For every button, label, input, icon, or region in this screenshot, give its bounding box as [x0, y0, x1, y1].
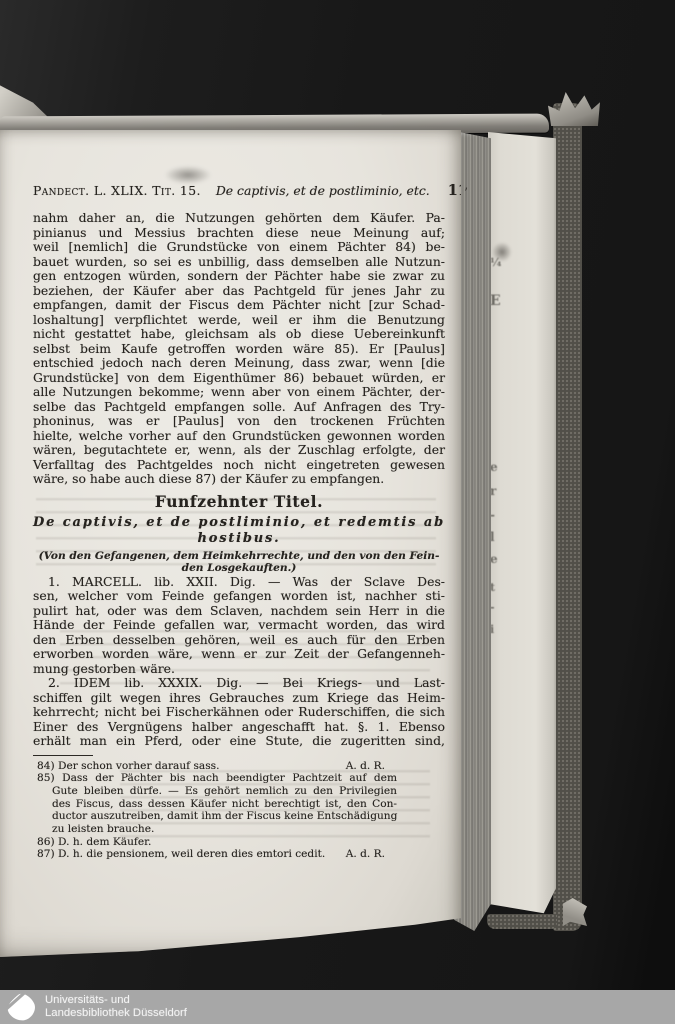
- text-line: nicht gestattet habe, gleichsam als ob d…: [33, 327, 445, 342]
- footnote-separator-rule: [33, 755, 93, 756]
- text-line: bauet wurden, so sei es unbillig, dass d…: [33, 255, 445, 270]
- text-line: hostibus.: [33, 531, 445, 548]
- text-line: nahm daher an, die Nutzungen gehörten de…: [33, 211, 445, 226]
- paragraph-2: 2. IDEM lib. XXXIX. Dig. — Bei Kriegs- u…: [33, 676, 445, 749]
- text-line: erworben worden wäre, wenn er zur Zeit d…: [33, 647, 445, 662]
- printed-text-block: Pandect. L. XLIX. Tit. 15. De captivis, …: [33, 182, 445, 861]
- text-line: empfangen, damit der Fiscus dem Pächter …: [33, 298, 445, 313]
- text-line: 87) D. h. die pensionem, weil deren dies…: [37, 848, 397, 861]
- running-header: Pandect. L. XLIX. Tit. 15. De captivis, …: [33, 182, 445, 199]
- text-line: gen entzogen würden, sondern der Pächter…: [33, 269, 445, 284]
- bleedthrough-glyph: E: [490, 294, 501, 308]
- text-line: selbst beim Kaufe getroffen worden wäre …: [33, 342, 445, 357]
- text-line: loshaltung] verpflichtet werde, weil er …: [33, 313, 445, 328]
- paragraph-continuation: nahm daher an, die Nutzungen gehörten de…: [33, 211, 445, 487]
- text-line: hielte, welche vorher auf den Grundstück…: [33, 429, 445, 444]
- text-line: mung gestorben wäre.: [33, 662, 445, 677]
- text-line: 86) D. h. dem Käufer.: [37, 836, 397, 849]
- library-name: Universitäts- und Landesbibliothek Düsse…: [45, 994, 187, 1021]
- text-line: pulirt hat, oder was dem Sclaven, nachde…: [33, 604, 445, 619]
- bleedthrough-glyph: e: [490, 461, 498, 473]
- text-line: sen, welcher vom Feinde gefangen worden …: [33, 589, 445, 604]
- text-line: weil [nemlich] die Grundstücke von einem…: [33, 240, 445, 255]
- text-line: den Losgekauften.): [33, 562, 445, 575]
- text-line: pinianus und Messius brachten diese neue…: [33, 226, 445, 241]
- section-latin-title: De captivis, et de postliminio, et redem…: [33, 515, 445, 548]
- text-line: 85) Dass der Pächter bis nach beendigter…: [37, 772, 397, 785]
- text-line: des Fiscus, dass dessen Käufer nicht ber…: [52, 798, 397, 811]
- text-line: wäre, so habe auch diese 87) der Käufer …: [33, 472, 445, 487]
- text-line: wären, begutachtete er, wenn, als der Zu…: [33, 443, 445, 458]
- text-line: Hände der Feinde gefallen war, vermacht …: [33, 618, 445, 633]
- ulb-duesseldorf-logo-icon: [5, 992, 37, 1022]
- library-name-line2: Landesbibliothek Düsseldorf: [45, 1007, 187, 1021]
- text-line: 2. IDEM lib. XXXIX. Dig. — Bei Kriegs- u…: [33, 676, 445, 691]
- book-page: Pandect. L. XLIX. Tit. 15. De captivis, …: [0, 130, 461, 957]
- library-footer-bar: Universitäts- und Landesbibliothek Düsse…: [0, 990, 675, 1024]
- text-line: Verfalltag des Pachtgeldes noch nicht ei…: [33, 458, 445, 473]
- underlying-page-edge: ¼Eer-let-i: [488, 132, 556, 918]
- text-line: ductor auszutreiben, damit ihm der Fiscu…: [52, 810, 397, 823]
- text-line: 84) Der schon vorher darauf sass.A. d. R…: [37, 760, 397, 773]
- text-line: 1. MARCELL. lib. XXII. Dig. — Was der Sc…: [33, 575, 445, 590]
- section-heading: Funfzehnter Titel.: [33, 492, 445, 511]
- header-series-label: Pandect. L. XLIX. Tit. 15.: [33, 183, 201, 198]
- text-line: alle Nutzungen bekomme; wenn aber von ei…: [33, 385, 445, 400]
- text-line: kehrrecht; nicht bei Fischerkähnen oder …: [33, 705, 445, 720]
- text-line: beziehen, der Käufer aber das Pachtgeld …: [33, 284, 445, 299]
- text-line: den Erben desselben gehören, weil es auc…: [33, 633, 445, 648]
- text-line: erhält man ein Pferd, oder eine Stute, d…: [33, 734, 445, 749]
- section-translation: (Von den Gefangenen, dem Heimkehrrechte,…: [33, 550, 445, 575]
- text-line: (Von den Gefangenen, dem Heimkehrrechte,…: [33, 550, 445, 563]
- text-line: selbe das Pachtgeld empfangen solle. Auf…: [33, 400, 445, 415]
- bleedthrough-glyph: e: [490, 553, 498, 565]
- text-line: Gute bleiben dürfe. — Es gehört nemlich …: [52, 785, 397, 798]
- library-name-line1: Universitäts- und: [45, 994, 187, 1008]
- text-line: De captivis, et de postliminio, et redem…: [33, 515, 445, 532]
- text-line: schiffen gilt wegen ihres Gebrauches zum…: [33, 691, 445, 706]
- text-line: Einer des Vergnügens halber angeschafft …: [33, 720, 445, 735]
- header-chapter-label: De captivis, et de postliminio, etc.: [216, 183, 430, 198]
- cover-frayed-bottom-corner: [563, 898, 587, 926]
- photo-background: ¼Eer-let-i ’ Pandect. L. XLIX. Tit. 15. …: [0, 0, 675, 1024]
- text-line: Grundstücke] von dem Eigenthümer 86) beb…: [33, 371, 445, 386]
- text-line: entschied jedoch nach deren Meinung, das…: [33, 356, 445, 371]
- stray-ink-mark: ’: [464, 186, 468, 201]
- text-line: zu leisten brauche.: [52, 823, 397, 836]
- text-line: phoninus, was er [Paulus] von den trocke…: [33, 414, 445, 429]
- paragraph-1: 1. MARCELL. lib. XXII. Dig. — Was der Sc…: [33, 575, 445, 677]
- bleedthrough-glyph: ¼: [490, 257, 501, 268]
- book-cover-edge: [553, 103, 582, 931]
- footnotes-block: 84) Der schon vorher darauf sass.A. d. R…: [37, 760, 397, 862]
